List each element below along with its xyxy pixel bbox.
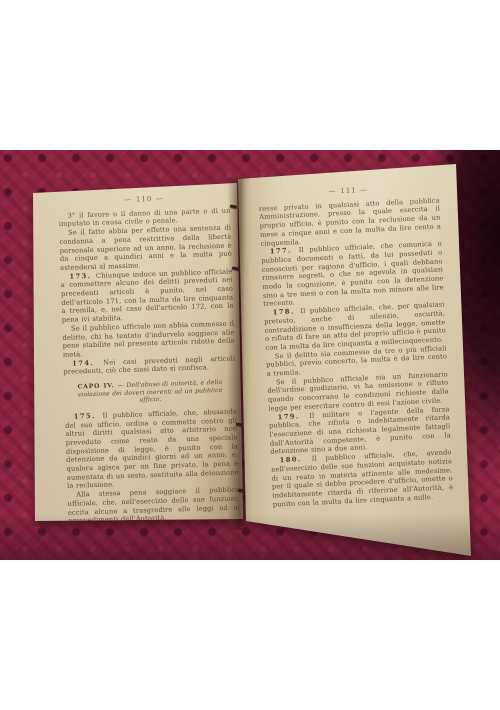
article-number: 179. (277, 411, 309, 420)
article-paragraph: 180. Il pubblico ufficiale, che, avendo … (271, 448, 454, 509)
book-page-right: — 111 — resse privato in qualsiasi atto … (235, 162, 471, 558)
paragraphs-right: resse privato in qualsiasi atto della pu… (259, 196, 454, 509)
book-page-right-wrap: — 111 — resse privato in qualsiasi atto … (235, 162, 471, 558)
paragraphs-left: 3° il favore o il danno di una parte o d… (58, 206, 241, 552)
chapter-heading: CAPO IV. — Dell'abuso di autorità, e del… (72, 379, 229, 407)
article-number: 173. (69, 271, 96, 280)
book-page-left: — 110 — 3° il favore o il danno di una p… (28, 181, 244, 525)
paragraph: Se il pubblico ufficiale non abbia comme… (62, 319, 235, 359)
book-page-left-wrap: — 110 — 3° il favore o il danno di una p… (28, 181, 244, 525)
article-paragraph: 177. Il pubblico ufficiale, che comunica… (261, 240, 445, 309)
article-paragraph: 175. Il pubblico ufficiale, che, abusand… (65, 407, 239, 491)
article-number: 177. (270, 246, 299, 255)
article-number: 174. (72, 358, 103, 367)
page-text-left: — 110 — 3° il favore o il danno di una p… (58, 193, 241, 552)
photo-canvas: — 110 — 3° il favore o il danno di una p… (0, 0, 500, 710)
article-paragraph: 173. Chiunque induce un pubblico ufficia… (60, 267, 234, 325)
bottom-shade (0, 514, 500, 560)
paragraph: Se il fatto abbia per effetto una senten… (59, 224, 232, 273)
article-number: 175. (74, 412, 103, 421)
page-number-left: — 110 — (58, 193, 230, 207)
article-number: 180. (280, 455, 312, 465)
page-text-right: — 111 — resse privato in qualsiasi atto … (258, 182, 454, 508)
photo-of-open-book: — 110 — 3° il favore o il danno di una p… (0, 150, 500, 560)
article-number: 178. (273, 307, 301, 316)
book-gutter (227, 178, 251, 530)
article-number: CAPO IV. (77, 382, 118, 390)
